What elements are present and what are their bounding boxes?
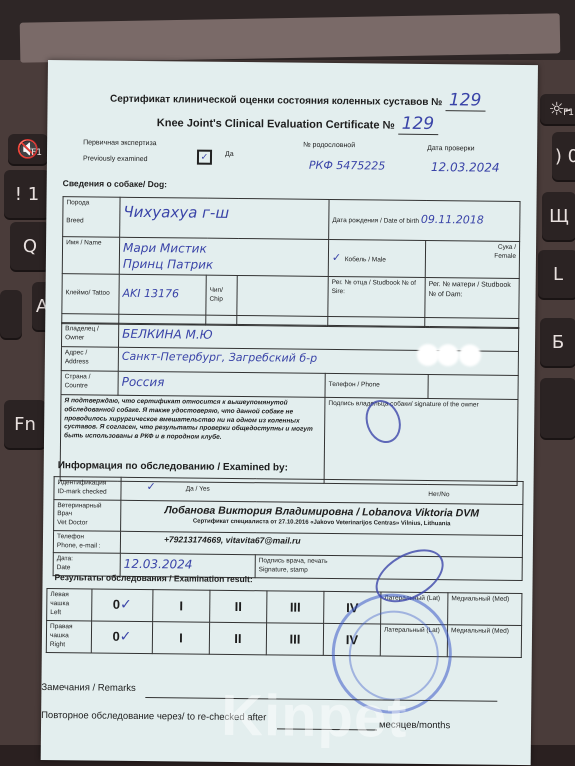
breed-value: Чихуахуа г-ш — [123, 200, 325, 224]
check-date-value: 12.03.2024 — [431, 160, 500, 175]
name-value-cell: Мари МистикПринц Патрик — [119, 237, 328, 277]
dob-cell: Дата рождения / Date of birth 09.11.2018 — [329, 199, 520, 241]
owner-signature-cell: Подпись владельца собаки/ signature of t… — [324, 397, 518, 485]
chip-value-cell — [237, 276, 328, 317]
primary-exam-label-ru: Первичная экспертиза — [83, 138, 157, 148]
id-check: ✓ — [146, 480, 155, 493]
keyboard-key-0: ) 0 — [552, 132, 575, 180]
breed-label-cell: ПородаBreed — [63, 197, 120, 238]
dog-section-title: Сведения о собаке/ Dog: — [63, 178, 167, 189]
left-grade-0[interactable]: 0✓ — [92, 589, 153, 622]
examined-table: ИдентификацияID-mark checked ✓Да / YesНе… — [53, 476, 524, 581]
breed-value-cell: Чихуахуа г-ш — [120, 197, 329, 239]
right-grade-3[interactable]: III — [266, 623, 323, 656]
keyboard-key-l: L — [538, 250, 575, 298]
certificate-title-en: Knee Joint's Clinical Evaluation Certifi… — [87, 110, 507, 135]
address-label-cell: Адрес /Address — [61, 347, 118, 372]
phone-label-cell: Телефон / Phone — [325, 373, 428, 398]
keyboard-key-blank — [540, 378, 575, 438]
left-grade-2[interactable]: II — [210, 590, 267, 623]
primary-exam-label-en: Previously examined — [83, 154, 148, 164]
right-grade-0[interactable]: 0✓ — [91, 621, 152, 654]
redacted-mark — [437, 344, 459, 366]
keyboard-key-left-edge — [0, 290, 22, 338]
result-row-left: Левая чашкаLeft 0✓ I II III IV Латеральн… — [47, 589, 522, 626]
tattoo-label-cell: Клеймо/ Tattoo — [62, 274, 119, 315]
pedigree-value: РКФ 5475225 — [309, 159, 386, 173]
owner-value: БЕЛКИНА М.Ю — [122, 327, 213, 342]
keyboard-key-q: Q — [10, 222, 50, 270]
right-knee-label: Правая чашкаRight — [46, 621, 91, 653]
tattoo-value-cell: AKI 13176 — [119, 275, 206, 316]
certificate-paper: Сертификат клинической оценки состояния … — [41, 60, 538, 765]
tattoo-value: AKI 13176 — [122, 287, 179, 301]
chip-label-cell: Чип/Chip — [206, 276, 237, 316]
id-label-cell: ИдентификацияID-mark checked — [54, 477, 121, 500]
left-knee-label: Левая чашкаLeft — [47, 589, 92, 621]
country-value: Россия — [122, 375, 165, 389]
keyboard-key-b: Б — [540, 318, 575, 366]
left-medial[interactable]: Медиальный (Med) — [448, 593, 522, 626]
right-grade-1[interactable]: I — [152, 622, 209, 655]
remarks-label: Замечания / Remarks — [41, 682, 135, 694]
vet-contact: +79213174669, vitavita67@mail.ru — [164, 534, 301, 545]
watermark: Kinpet — [221, 682, 408, 751]
name-value-line2: Принц Патрик — [123, 256, 325, 274]
sire-cell: Рег. № отца / Studbook № of Sire: — [328, 277, 425, 318]
primary-exam-checkbox[interactable]: ✓ — [197, 150, 212, 165]
redacted-mark — [417, 344, 439, 366]
right-medial[interactable]: Медиальный (Med) — [447, 625, 521, 658]
phone-value-cell — [428, 374, 518, 399]
keyboard-key-fn: Fn — [4, 400, 46, 448]
yes-label: Да — [225, 150, 234, 159]
male-cell[interactable]: ✓ Кобель / Male — [328, 239, 425, 277]
address-value: Санкт-Петербург, Загребский б-р — [122, 350, 317, 365]
vet-label-cell: Ветеринарный ВрачVet Doctor — [54, 499, 121, 531]
dob-value: 09.11.2018 — [421, 213, 484, 227]
right-grade-2[interactable]: II — [209, 622, 266, 655]
keyboard-key-1: ! 1 — [4, 170, 50, 218]
keyboard-key-f1-mute: 🔇F1 — [8, 134, 48, 164]
male-check: ✓ — [332, 251, 341, 264]
owner-label-cell: Владелец /Owner — [61, 323, 118, 348]
vet-value-cell: Лобанова Виктория Владимировна / Lobanov… — [121, 500, 523, 536]
exam-date: 12.03.2024 — [124, 557, 193, 572]
pedigree-label: № родословной — [303, 141, 355, 151]
results-section-title: Результаты обследования / Examination re… — [55, 572, 253, 584]
dog-info-table: ПородаBreed Чихуахуа г-ш Дата рождения /… — [61, 196, 520, 329]
contact-label-cell: ТелефонPhone, e-mail : — [53, 530, 120, 553]
redacted-mark — [459, 344, 481, 366]
keyboard-key-shch: Щ — [542, 192, 575, 240]
vet-cert: Сертификат специалиста от 27.10.2016 «Ja… — [193, 518, 451, 527]
check-date-label: Дата проверки — [427, 144, 475, 154]
certificate-number: 129 — [445, 90, 485, 111]
country-label-cell: Страна /Countre — [61, 371, 118, 396]
left-grade-3[interactable]: III — [267, 591, 324, 624]
name-label-cell: Имя / Name — [62, 237, 119, 275]
right-grade-check: ✓ — [120, 629, 132, 645]
vet-name: Лобанова Виктория Владимировна / Lobanov… — [124, 502, 519, 520]
certificate-title-ru: Сертификат клинической оценки состояния … — [88, 86, 508, 111]
keyboard-key-brightness: ☼-F1 — [540, 94, 575, 124]
female-cell[interactable]: Сука /Female — [425, 240, 519, 278]
country-value-cell: Россия — [118, 371, 325, 397]
left-grade-1[interactable]: I — [153, 590, 210, 623]
left-grade-check: ✓ — [120, 597, 132, 613]
certificate-number-en: 129 — [398, 114, 438, 135]
dam-cell: Рег. № матери / Studbook № of Dam: — [425, 278, 519, 319]
